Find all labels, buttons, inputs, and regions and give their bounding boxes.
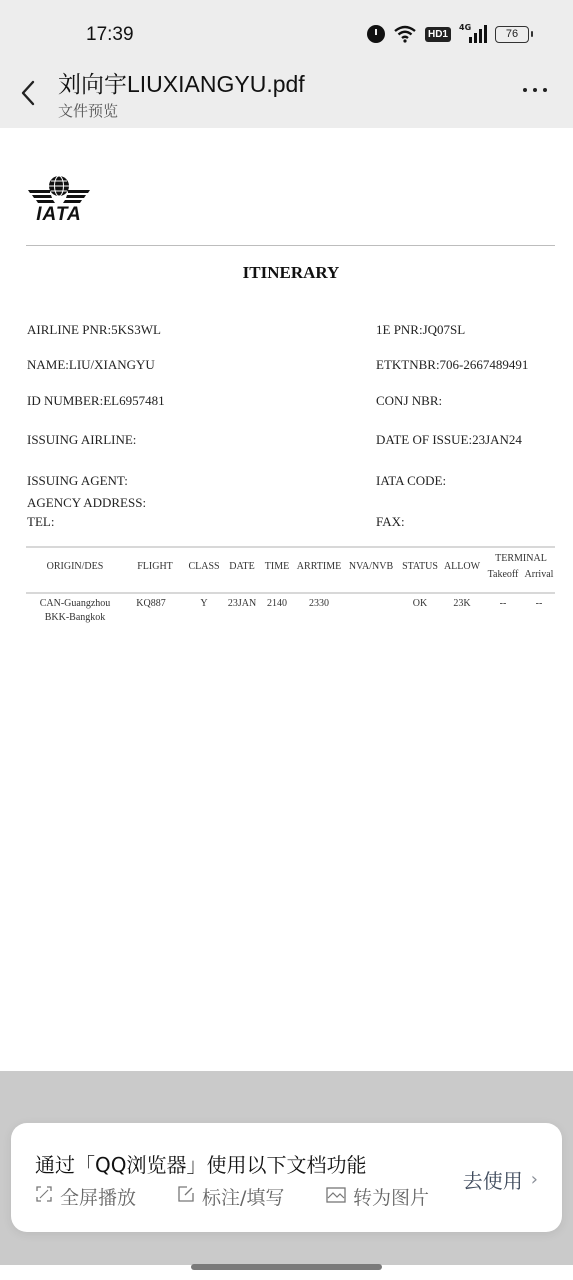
cell-time: 2140 <box>261 598 293 609</box>
airline-pnr: AIRLINE PNR:5KS3WL <box>27 322 161 338</box>
th-arrtime: ARRTIME <box>294 561 344 572</box>
file-title: 刘向宇LIUXIANGYU.pdf <box>58 66 305 99</box>
cell-flight: KQ887 <box>130 598 172 609</box>
4g-signal-icon: 4G <box>459 25 487 43</box>
hd-icon: HD1 <box>425 27 451 42</box>
cell-allow: 23K <box>441 598 483 609</box>
cell-arrtime: 2330 <box>294 598 344 609</box>
status-bar: 17:39 HD1 4G 76 <box>0 0 573 60</box>
cell-destination: BKK-Bangkok <box>30 612 120 623</box>
table-header-rule <box>26 592 555 594</box>
wifi-icon <box>393 25 417 43</box>
th-arrival: Arrival <box>521 569 557 580</box>
id-number: ID NUMBER:EL6957481 <box>27 393 165 409</box>
chevron-left-icon <box>18 78 40 108</box>
th-takeoff: Takeoff <box>484 569 522 580</box>
document-title: ITINERARY <box>0 263 573 283</box>
fullscreen-icon <box>35 1185 53 1208</box>
th-origin: ORIGIN/DES <box>30 561 120 572</box>
iata-logo: IATA <box>26 174 92 226</box>
th-status: STATUS <box>398 561 442 572</box>
alarm-icon <box>367 25 385 43</box>
passenger-name: NAME:LIU/XIANGYU <box>27 357 155 373</box>
th-flight: FLIGHT <box>130 561 180 572</box>
feature-label: 标注/填写 <box>202 1183 284 1210</box>
issuing-airline: ISSUING AIRLINE: <box>27 432 136 448</box>
file-subtitle: 文件预览 <box>58 100 118 121</box>
fax: FAX: <box>376 514 405 530</box>
feature-fullscreen[interactable]: 全屏播放 <box>35 1183 136 1210</box>
conj-number: CONJ NBR: <box>376 393 442 409</box>
status-icons: HD1 4G 76 <box>367 25 529 43</box>
cell-class: Y <box>184 598 224 609</box>
agency-address: AGENCY ADDRESS: <box>27 495 146 511</box>
back-button[interactable] <box>18 78 40 108</box>
th-date: DATE <box>224 561 260 572</box>
cell-origin: CAN-Guangzhou <box>30 598 120 609</box>
globe-wings-icon <box>26 174 92 206</box>
chevron-right-icon: › <box>531 1169 538 1190</box>
date-of-issue: DATE OF ISSUE:23JAN24 <box>376 432 522 448</box>
battery-icon: 76 <box>495 26 529 43</box>
go-use-label: 去使用 <box>463 1165 523 1194</box>
th-terminal: TERMINAL <box>484 553 558 564</box>
pdf-page: IATA ITINERARY AIRLINE PNR:5KS3WL NAME:L… <box>0 128 573 1071</box>
th-nva-nvb: NVA/NVB <box>345 561 397 572</box>
feature-label: 转为图片 <box>353 1183 429 1210</box>
1e-pnr: 1E PNR:JQ07SL <box>376 322 465 338</box>
image-icon <box>326 1186 346 1208</box>
go-use-button[interactable]: 去使用 › <box>463 1165 538 1194</box>
edit-icon <box>177 1185 195 1208</box>
promo-title: 通过「QQ浏览器」使用以下文档功能 <box>35 1149 366 1178</box>
home-indicator[interactable] <box>191 1264 382 1270</box>
tel: TEL: <box>27 514 54 530</box>
th-time: TIME <box>261 561 293 572</box>
th-class: CLASS <box>184 561 224 572</box>
feature-to-image[interactable]: 转为图片 <box>326 1183 429 1210</box>
status-time: 17:39 <box>86 24 134 46</box>
iata-code: IATA CODE: <box>376 473 446 489</box>
cell-arrival: -- <box>521 598 557 609</box>
more-button[interactable] <box>523 88 547 92</box>
feature-annotate[interactable]: 标注/填写 <box>177 1183 284 1210</box>
cell-date: 23JAN <box>224 598 260 609</box>
app-header: 刘向宇LIUXIANGYU.pdf 文件预览 <box>0 60 573 128</box>
divider <box>26 245 555 246</box>
more-horizontal-icon <box>523 88 527 92</box>
logo-text: IATA <box>26 204 92 226</box>
table-top-rule <box>26 546 555 548</box>
cell-status: OK <box>398 598 442 609</box>
th-allow: ALLOW <box>441 561 483 572</box>
qq-browser-promo-card[interactable]: 通过「QQ浏览器」使用以下文档功能 全屏播放 标注/填写 转为图片 <box>11 1123 562 1232</box>
feature-label: 全屏播放 <box>60 1183 136 1210</box>
cell-takeoff: -- <box>484 598 522 609</box>
eticket-number: ETKTNBR:706-2667489491 <box>376 357 528 373</box>
issuing-agent: ISSUING AGENT: <box>27 473 128 489</box>
